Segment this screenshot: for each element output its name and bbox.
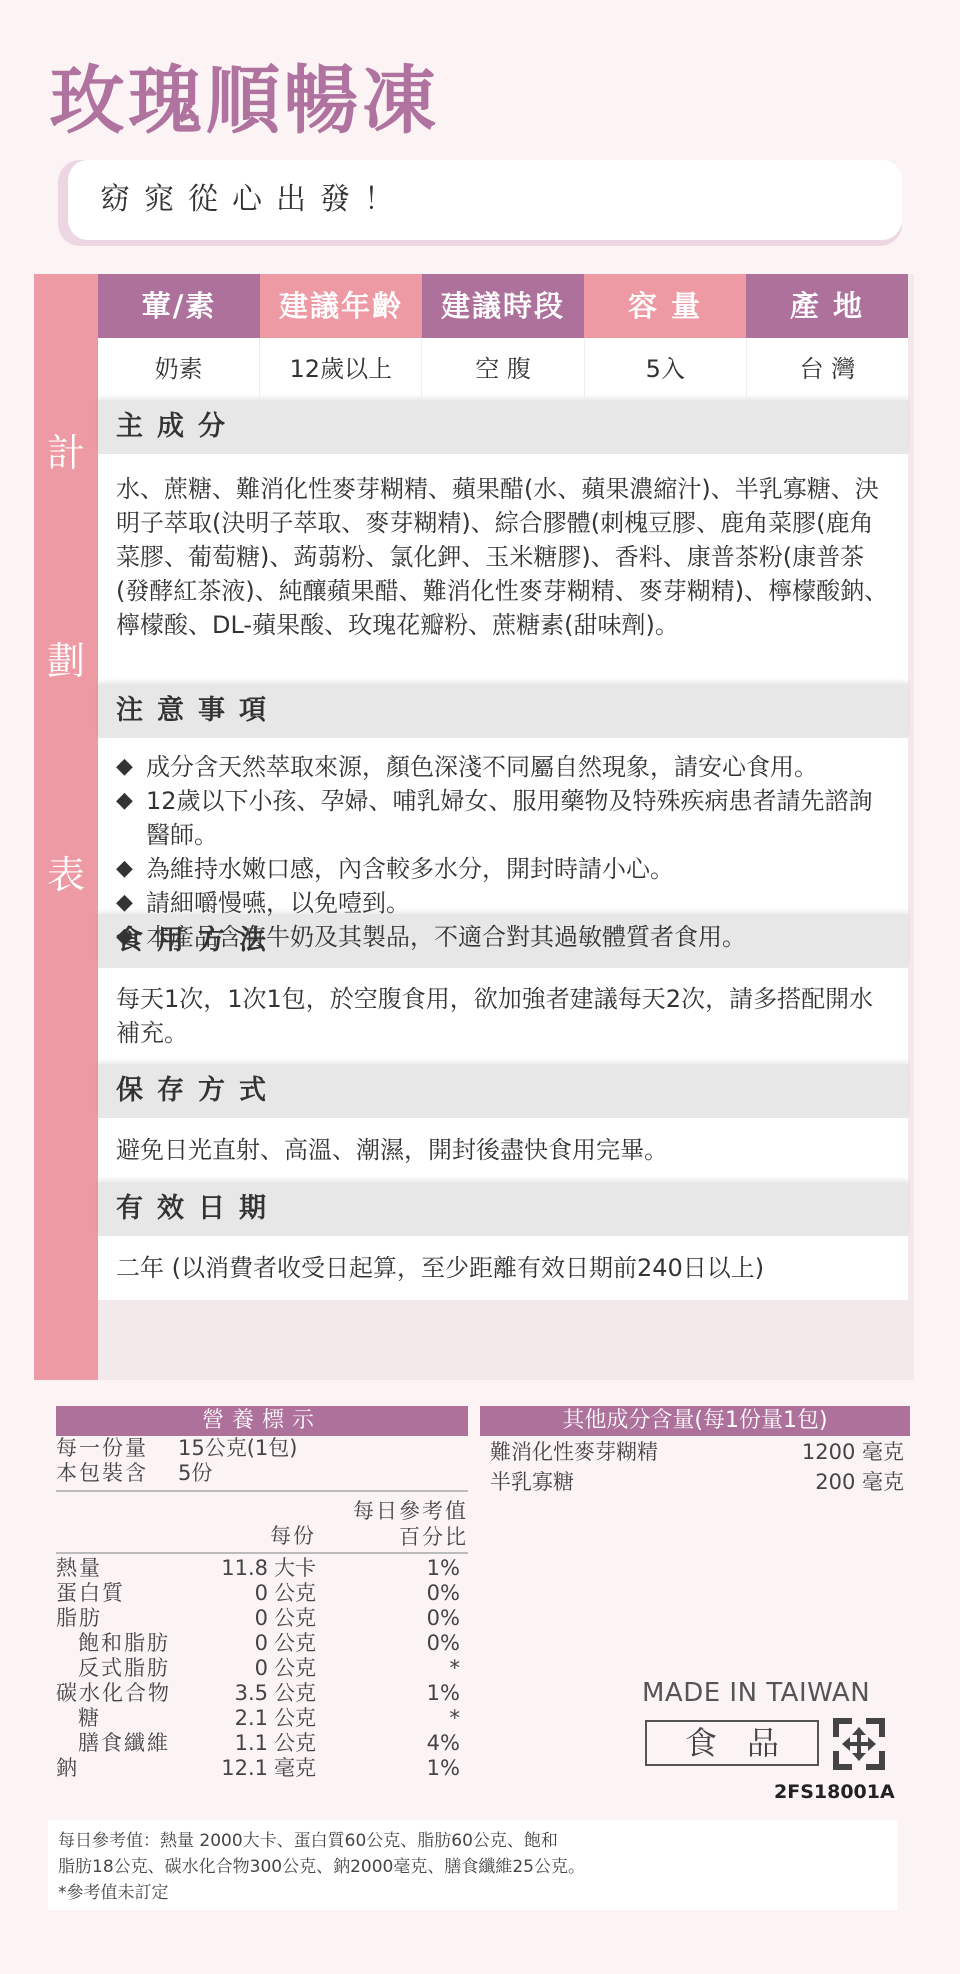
nutrient-unit: 公克 bbox=[268, 1731, 324, 1756]
storage-text: 避免日光直射、高溫、潮濕，開封後盡快食用完畢。 bbox=[98, 1118, 908, 1182]
nutrient-amount: 0 bbox=[176, 1606, 268, 1631]
serving-size-row: 每一份量 15公克(1包) bbox=[56, 1436, 468, 1461]
nutrient-daily-pct: 0% bbox=[324, 1631, 468, 1656]
side-label-bar: 計 劃 表 bbox=[34, 274, 98, 1380]
side-label-char: 表 bbox=[34, 844, 98, 899]
servings-per-pack-row: 本包裝含 5份 bbox=[56, 1461, 468, 1486]
nutrient-name: 脂肪 bbox=[56, 1606, 176, 1631]
header-origin: 產 地 bbox=[746, 274, 908, 338]
diamond-bullet-icon: ◆ bbox=[116, 784, 133, 818]
nutrient-unit: 公克 bbox=[268, 1681, 324, 1706]
nutrient-daily-pct: 0% bbox=[324, 1581, 468, 1606]
nutrition-row: 鈉12.1毫克1% bbox=[56, 1756, 468, 1781]
diamond-bullet-icon: ◆ bbox=[116, 920, 133, 954]
nutrient-name: 反式脂肪 bbox=[56, 1656, 176, 1681]
side-label-char: 劃 bbox=[34, 630, 98, 685]
nutrient-name: 熱量 bbox=[56, 1556, 176, 1581]
nutrient-amount: 1.1 bbox=[176, 1731, 268, 1756]
header-age: 建議年齡 bbox=[260, 274, 422, 338]
spec-header-row: 葷/素 建議年齡 建議時段 容 量 產 地 bbox=[98, 274, 908, 338]
nutrient-name: 蛋白質 bbox=[56, 1581, 176, 1606]
nutrient-daily-pct: 1% bbox=[324, 1681, 468, 1706]
side-label-char: 計 bbox=[34, 422, 98, 477]
value-diet-type: 奶素 bbox=[98, 338, 260, 400]
nutrition-row: 糖2.1公克* bbox=[56, 1706, 468, 1731]
nutrient-unit: 公克 bbox=[268, 1606, 324, 1631]
diamond-bullet-icon: ◆ bbox=[116, 886, 133, 920]
header-time: 建議時段 bbox=[422, 274, 584, 338]
value-quantity: 5入 bbox=[585, 338, 747, 400]
nutrient-amount: 0 bbox=[176, 1631, 268, 1656]
product-code: 2FS18001A bbox=[774, 1781, 895, 1803]
header-diet-type: 葷/素 bbox=[98, 274, 260, 338]
diamond-bullet-icon: ◆ bbox=[116, 750, 133, 784]
ingredients-text: 水、蔗糖、難消化性麥芽糊精、蘋果醋(水、蘋果濃縮汁)、半乳寡糖、決明子萃取(決明… bbox=[98, 454, 908, 684]
nutrient-daily-pct: 4% bbox=[324, 1731, 468, 1756]
nutrient-daily-pct: 0% bbox=[324, 1606, 468, 1631]
other-content-row: 半乳寡糖 200 毫克 bbox=[480, 1466, 910, 1496]
caution-item: ◆成分含天然萃取來源，顏色深淺不同屬自然現象，請安心食用。 bbox=[116, 750, 892, 784]
nutrient-amount: 12.1 bbox=[176, 1756, 268, 1781]
other-content-row: 難消化性麥芽糊精 1200 毫克 bbox=[480, 1436, 910, 1466]
nutrition-row: 碳水化合物3.5公克1% bbox=[56, 1681, 468, 1706]
nutrition-row: 飽和脂肪0公克0% bbox=[56, 1631, 468, 1656]
spec-main: 葷/素 建議年齡 建議時段 容 量 產 地 奶素 12歲以上 空 腹 5入 台 … bbox=[98, 274, 908, 1300]
cautions-body: ◆成分含天然萃取來源，顏色深淺不同屬自然現象，請安心食用。 ◆12歲以下小孩、孕… bbox=[98, 738, 908, 914]
caution-item: ◆為維持水嫩口感，內含較多水分，開封時請小心。 bbox=[116, 852, 892, 886]
value-time: 空 腹 bbox=[422, 338, 584, 400]
nutrient-daily-pct: * bbox=[324, 1706, 468, 1731]
spec-value-row: 奶素 12歲以上 空 腹 5入 台 灣 bbox=[98, 338, 908, 400]
caution-item: ◆12歲以下小孩、孕婦、哺乳婦女、服用藥物及特殊疾病患者請先諮詢醫師。 bbox=[116, 784, 892, 852]
made-in-label: MADE IN TAIWAN bbox=[642, 1678, 870, 1708]
nutrition-row: 脂肪0公克0% bbox=[56, 1606, 468, 1631]
nutrition-rows: 熱量11.8大卡1%蛋白質0公克0%脂肪0公克0%飽和脂肪0公克0%反式脂肪0公… bbox=[56, 1556, 468, 1781]
usage-text: 每天1次，1次1包，於空腹食用，欲加強者建議每天2次，請多搭配開水補充。 bbox=[98, 968, 908, 1064]
daily-value-footnote: 每日參考值：熱量 2000大卡、蛋白質60公克、脂肪60公克、飽和 脂肪18公克… bbox=[48, 1820, 898, 1910]
nutrient-amount: 0 bbox=[176, 1581, 268, 1606]
nutrition-facts: 營養標示 每一份量 15公克(1包) 本包裝含 5份 每份 每日參考值百分比 熱… bbox=[56, 1406, 468, 1781]
nutrient-amount: 2.1 bbox=[176, 1706, 268, 1731]
value-origin: 台 灣 bbox=[747, 338, 908, 400]
nutrition-row: 膳食纖維1.1公克4% bbox=[56, 1731, 468, 1756]
expiry-text: 二年 (以消費者收受日起算，至少距離有效日期前240日以上) bbox=[98, 1236, 908, 1300]
caution-item: ◆請細嚼慢嚥，以免噎到。 bbox=[116, 886, 892, 920]
nutrient-daily-pct: 1% bbox=[324, 1756, 468, 1781]
slogan-banner: 窈窕從心出發！ bbox=[58, 160, 902, 246]
expiry-heading: 有效日期 bbox=[98, 1182, 908, 1236]
ingredients-heading: 主成分 bbox=[98, 400, 908, 454]
nutrient-unit: 大卡 bbox=[268, 1556, 324, 1581]
storage-heading: 保存方式 bbox=[98, 1064, 908, 1118]
nutrient-amount: 11.8 bbox=[176, 1556, 268, 1581]
nutrient-name: 糖 bbox=[56, 1706, 176, 1731]
nutrient-unit: 公克 bbox=[268, 1631, 324, 1656]
caution-item: ◆本產品含有牛奶及其製品，不適合對其過敏體質者食用。 bbox=[116, 920, 892, 954]
nutrient-unit: 毫克 bbox=[268, 1756, 324, 1781]
nutrient-amount: 0 bbox=[176, 1656, 268, 1681]
nutrient-name: 膳食纖維 bbox=[56, 1731, 176, 1756]
nutrient-name: 鈉 bbox=[56, 1756, 176, 1781]
nutrition-column-headers: 每份 每日參考值百分比 bbox=[56, 1492, 468, 1552]
nutrient-name: 碳水化合物 bbox=[56, 1681, 176, 1706]
nutrient-daily-pct: 1% bbox=[324, 1556, 468, 1581]
cautions-list: ◆成分含天然萃取來源，顏色深淺不同屬自然現象，請安心食用。 ◆12歲以下小孩、孕… bbox=[116, 750, 892, 954]
nutrient-daily-pct: * bbox=[324, 1656, 468, 1681]
product-title: 玫瑰順暢凍 bbox=[50, 56, 440, 146]
nutrition-row: 蛋白質0公克0% bbox=[56, 1581, 468, 1606]
nutrition-row: 反式脂肪0公克* bbox=[56, 1656, 468, 1681]
food-category-box: 食品 bbox=[645, 1720, 819, 1766]
divider bbox=[56, 1552, 468, 1554]
value-age: 12歲以上 bbox=[260, 338, 422, 400]
header-quantity: 容 量 bbox=[584, 274, 746, 338]
nutrient-amount: 3.5 bbox=[176, 1681, 268, 1706]
nutrition-heading: 營養標示 bbox=[56, 1406, 468, 1436]
nutrient-unit: 公克 bbox=[268, 1581, 324, 1606]
other-contents-heading: 其他成分含量(每1份量1包) bbox=[480, 1406, 910, 1436]
nutrient-unit: 公克 bbox=[268, 1656, 324, 1681]
spec-sheet: 計 劃 表 葷/素 建議年齡 建議時段 容 量 產 地 奶素 12歲以上 空 腹… bbox=[34, 274, 914, 1380]
nutrition-row: 熱量11.8大卡1% bbox=[56, 1556, 468, 1581]
cautions-heading: 注意事項 bbox=[98, 684, 908, 738]
diamond-bullet-icon: ◆ bbox=[116, 852, 133, 886]
nutrient-name: 飽和脂肪 bbox=[56, 1631, 176, 1656]
slogan-text: 窈窕從心出發！ bbox=[68, 160, 902, 240]
taiwan-recycle-icon bbox=[832, 1717, 886, 1771]
nutrient-unit: 公克 bbox=[268, 1706, 324, 1731]
other-contents: 其他成分含量(每1份量1包) 難消化性麥芽糊精 1200 毫克 半乳寡糖 200… bbox=[480, 1406, 910, 1496]
